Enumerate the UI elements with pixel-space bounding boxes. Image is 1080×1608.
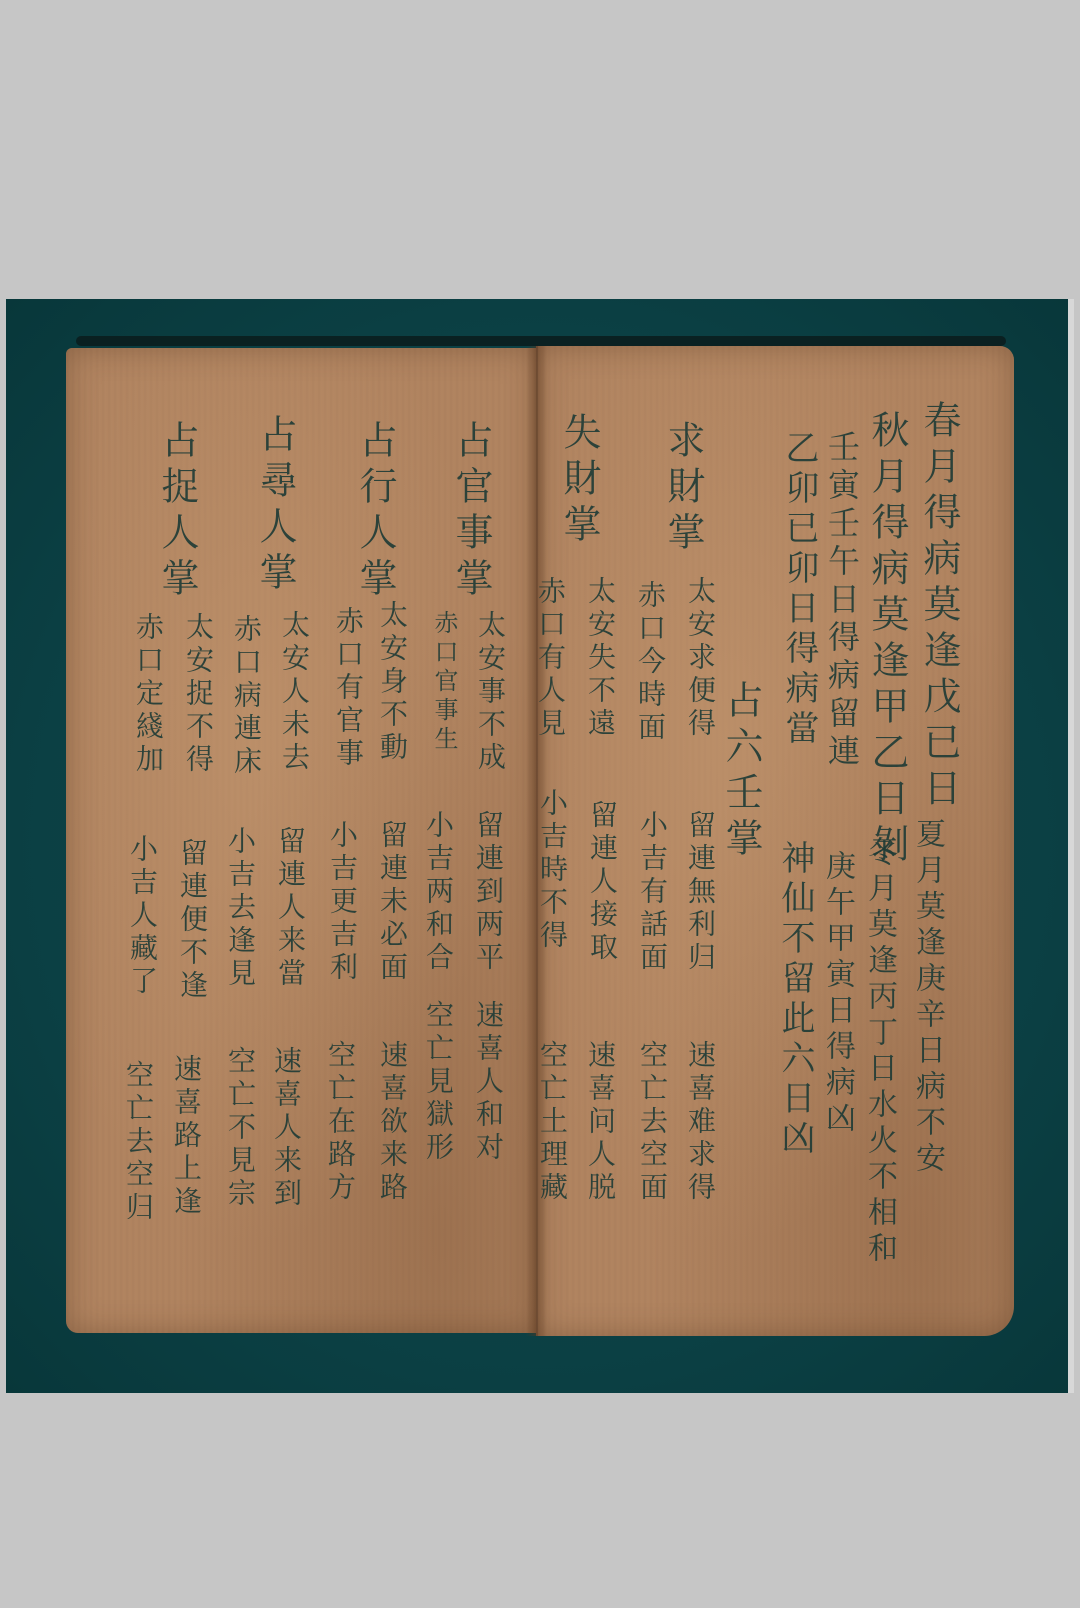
entry-lost-wealth-liulian: 留連人接取	[588, 800, 616, 965]
entry-seek-person-chikou: 赤口病連床	[232, 614, 260, 779]
entry-official-xiaoji: 小吉两和合	[424, 810, 452, 975]
section-title-lost-wealth: 失財掌	[560, 412, 598, 550]
text-column-autumn: 秋月得病莫逢甲乙日剝	[868, 410, 906, 870]
entry-traveler-xiaoji: 小吉更吉利	[328, 820, 356, 985]
text-column-6a: 乙卯已卯日得病當	[782, 430, 816, 750]
entry-lost-wealth-taian: 太安失不遠	[586, 576, 614, 741]
entry-seek-wealth-kongwang: 空亡去空面	[638, 1040, 666, 1205]
entry-catch-person-chikou: 赤口定綫加	[134, 612, 162, 777]
entry-seek-person-taian: 太安人未去	[280, 610, 308, 775]
entry-seek-person-xiaoji: 小吉去逢見	[226, 826, 254, 991]
text-column-spring: 春月得病莫逢戊已日	[920, 400, 958, 814]
entry-catch-person-taian: 太安捉不得	[184, 612, 212, 777]
entry-lost-wealth-suxi: 速喜问人脱	[586, 1040, 614, 1205]
entry-seek-wealth-taian: 太安求便得	[686, 576, 714, 741]
section-title-traveler: 占行人掌	[356, 420, 394, 604]
entry-official-kongwang: 空亡見獄形	[424, 1000, 452, 1165]
section-title-seek-person: 占尋人掌	[256, 414, 294, 598]
entry-traveler-kongwang: 空亡在路方	[326, 1040, 354, 1205]
entry-official-taian: 太安事不成	[476, 610, 504, 775]
entry-official-suxi: 速喜人和对	[474, 1000, 502, 1165]
entry-lost-wealth-chikou: 赤口有人見	[536, 576, 564, 741]
entry-seek-wealth-suxi: 速喜难求得	[686, 1040, 714, 1205]
entry-traveler-liulian: 留連未必面	[378, 820, 406, 985]
entry-official-liulian: 留連到两平	[474, 810, 502, 975]
entry-seek-wealth-xiaoji: 小吉有話面	[638, 810, 666, 975]
entry-traveler-taian: 太安身不動	[378, 600, 406, 765]
section-title-liuren: 占六壬掌	[722, 680, 760, 864]
book-top-edge	[76, 336, 1006, 346]
entry-lost-wealth-kongwang: 空亡土理藏	[538, 1040, 566, 1205]
section-title-catch-person: 占捉人掌	[158, 420, 196, 604]
section-title-seek-wealth: 求財掌	[664, 420, 702, 558]
text-column-summer: 夏月莫逢庚辛日病不安	[912, 818, 942, 1178]
entry-traveler-chikou: 赤口有官事	[334, 606, 362, 771]
text-column-winter: 冬月莫逢丙丁日水火不相和	[864, 836, 894, 1268]
scan-edge	[1068, 299, 1074, 1393]
entry-traveler-suxi: 速喜欲来路	[378, 1040, 406, 1205]
entry-official-chikou: 赤口官事生	[432, 610, 456, 755]
entry-seek-wealth-liulian: 留連無利归	[686, 810, 714, 975]
entry-seek-person-kongwang: 空亡不見宗	[226, 1046, 254, 1211]
entry-catch-person-liulian: 留連便不逢	[178, 838, 206, 1003]
entry-lost-wealth-xiaoji: 小吉時不得	[538, 788, 566, 953]
entry-seek-person-suxi: 速喜人来到	[272, 1046, 300, 1211]
entry-seek-person-liulian: 留連人来當	[276, 826, 304, 991]
entry-catch-person-kongwang: 空亡去空归	[124, 1060, 152, 1225]
entry-catch-person-xiaoji: 小吉人藏了	[128, 834, 156, 999]
entry-seek-wealth-chikou: 赤口今時面	[636, 580, 664, 745]
section-title-official-affairs: 占官事掌	[452, 420, 490, 604]
text-column-5a: 壬寅壬午日得病留連	[826, 430, 858, 772]
entry-catch-person-suxi: 速喜路上逢	[172, 1054, 200, 1219]
text-column-5b: 庚午甲寅日得病凶	[822, 850, 852, 1138]
text-column-6b: 神仙不留此六日凶	[778, 840, 812, 1160]
